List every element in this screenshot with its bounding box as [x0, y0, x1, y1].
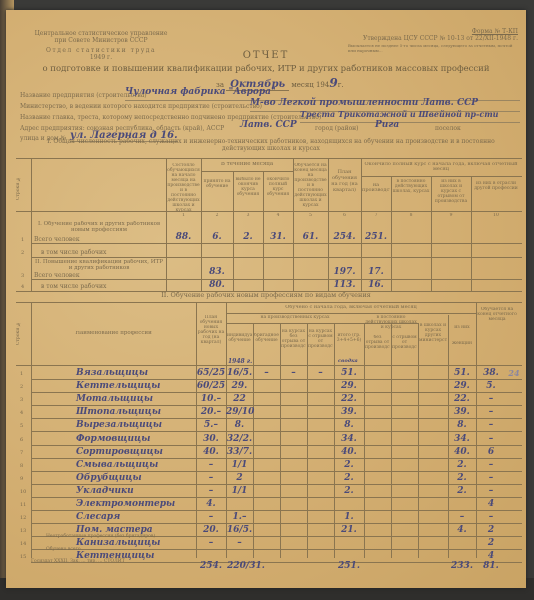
col-num: 9 — [432, 213, 470, 218]
row-label: в том числе рабочих — [41, 283, 106, 290]
row-number: 5 — [20, 423, 23, 429]
profession-name: Сортировщицы — [76, 447, 163, 457]
col-num: 5 — [294, 213, 327, 218]
cell-total: 40. — [334, 447, 364, 457]
row-number: 8 — [20, 463, 23, 469]
row-number: 14 — [20, 541, 26, 547]
col-group-year: Окончило полный курс с начала года, вклю… — [362, 162, 520, 172]
cell-ind: 1/1 — [226, 486, 253, 496]
footer-print: Госиздат XXXII. Зак. ... тир. ... СТОЛИТ — [31, 558, 125, 565]
cell-brig: – — [253, 368, 280, 378]
profession-name: Смывальщицы — [76, 460, 158, 470]
col-num: 8 — [392, 213, 430, 218]
row-label: Всего человек — [34, 272, 80, 279]
total-total: 251. — [334, 561, 364, 571]
field-value: Треста Трикотажной и Швейной пр-сти — [300, 109, 498, 119]
cell-studying: 6 — [476, 447, 506, 457]
col-studying: Обучается на конец отчетного месяца — [477, 307, 517, 322]
row-divider — [31, 484, 522, 485]
col-rownum: Строки № — [16, 173, 31, 203]
cell-total: 2. — [334, 486, 364, 496]
cell-total: 2. — [334, 460, 364, 470]
city-value: Рига — [375, 120, 399, 130]
cell-plan: 60/25 — [196, 381, 226, 391]
col-course-yes: на курсах с отрывом от производства — [308, 329, 333, 349]
total-plan: 254. — [196, 561, 226, 571]
row-number: 2 — [20, 384, 23, 390]
total-women: 233. — [448, 561, 476, 571]
cell-studying: 5. — [476, 381, 506, 391]
cell-plan: 5.– — [196, 420, 226, 430]
profession-name: Обрубщицы — [76, 473, 142, 483]
cell-studying: – — [476, 473, 506, 483]
cell-ind: 8. — [226, 420, 253, 430]
profession-name: Формовщицы — [76, 434, 150, 444]
total-studying: 81. — [476, 561, 506, 571]
col-ind: индивидуальное обучение — [227, 333, 252, 343]
col-7: на производстве — [362, 183, 390, 193]
row-divider — [31, 458, 522, 459]
cell: 2. — [234, 232, 262, 242]
profession-name: Вырезальщицы — [76, 420, 162, 430]
row14-label: Обучено всего — [46, 546, 81, 553]
report-subtitle: о подготовке и повышении квалификации ра… — [6, 64, 526, 74]
row-number: 4 — [21, 284, 24, 290]
col-name: Наименование профессий — [36, 331, 191, 336]
profession-name: Укладчики — [76, 486, 134, 496]
col-subgroup-prod: на производственных курсах — [227, 315, 363, 320]
row-number: 3 — [21, 273, 24, 279]
form-number: Форма № Т-КП — [348, 28, 518, 35]
cell-studying: – — [476, 407, 506, 417]
field-value: М-во Легкой промышленности Латв. ССР — [250, 98, 478, 108]
cell-total: 29. — [334, 381, 364, 391]
cell: 31. — [264, 232, 292, 242]
cell-plan: 10.– — [196, 394, 226, 404]
col-brig: бригадное обучение — [254, 333, 279, 343]
cell-women: 8. — [448, 420, 476, 430]
section1-table: Строки № Состояло обучающихся на начало … — [16, 158, 522, 292]
document-page: Центральное статистическое управление пр… — [6, 10, 526, 588]
row-divider — [31, 510, 522, 511]
col-subgroup-school: в постоянно действующих школах и курсах — [365, 315, 417, 330]
row-divider — [31, 471, 522, 472]
period-suffix: месяц 194 — [291, 81, 329, 89]
cell-women: 51. — [448, 368, 476, 378]
col-sch-yes: с отрывом от производства — [392, 335, 417, 350]
row-divider — [31, 431, 522, 432]
org-line2: при Совете Министров СССР — [26, 37, 176, 44]
cell-studying: 2 — [476, 525, 506, 535]
cell-plan: – — [196, 473, 226, 483]
cell-ind: 1/1 — [226, 460, 253, 470]
cell: 6. — [202, 232, 232, 242]
cell-total: 39. — [334, 407, 364, 417]
row-number: 11 — [20, 502, 26, 508]
profession-name: Кеттельщицы — [76, 381, 160, 391]
row-divider — [31, 445, 522, 446]
section2-table: Строки № Наименование профессий План обу… — [16, 302, 522, 565]
col-plan: План обучения новых рабочих на год (на к… — [197, 315, 225, 345]
cell-women: – — [448, 512, 476, 522]
cell-ind: 29/10 — [226, 407, 253, 417]
row-number: 3 — [20, 397, 23, 403]
profession-name: Вязальщицы — [76, 368, 148, 378]
cell-ind: 1.– — [226, 512, 253, 522]
cell-total: 1. — [334, 512, 364, 522]
annotation-total: сводка — [338, 358, 358, 364]
col-women: женщин — [449, 341, 475, 346]
col-5: Обучается на конец месяца на производств… — [294, 163, 327, 208]
cell-studying: – — [476, 434, 506, 444]
cell-women: 39. — [448, 407, 476, 417]
field-value: Латв. ССР — [240, 120, 297, 130]
row-number: 15 — [20, 554, 26, 560]
cell-total: 8. — [334, 420, 364, 430]
cell: 16. — [362, 280, 390, 290]
col-2: принято на обучение — [202, 179, 232, 189]
cell-ind: 33/7. — [226, 447, 253, 457]
cell: 17. — [362, 267, 390, 277]
cell-ind: 32/2. — [226, 434, 253, 444]
col-num: 1 — [167, 213, 200, 218]
col-of-them: из них — [449, 325, 475, 330]
cell-extra: 24 — [506, 368, 522, 378]
cell-women: 2. — [448, 473, 476, 483]
cell-ind: – — [226, 538, 253, 548]
cell-plan: 65/25 — [196, 368, 226, 378]
cell: 83. — [202, 267, 232, 277]
cell: 113. — [329, 280, 360, 290]
row-number: 13 — [20, 528, 26, 534]
col-10: из них в отрасли другой профессии — [472, 181, 520, 191]
cell-ind: 2 — [226, 473, 253, 483]
cell-c1: – — [280, 368, 307, 378]
cell-plan: 20. — [196, 525, 226, 535]
col-num: 6 — [329, 213, 360, 218]
cell: 88. — [167, 232, 200, 242]
cell-studying: – — [476, 394, 506, 404]
cell-women: 29. — [448, 381, 476, 391]
row-divider — [31, 418, 522, 419]
col-4: окончило полный курс обучения — [264, 177, 292, 197]
cell: 80. — [202, 280, 232, 290]
city-label: город (район) — [315, 125, 359, 132]
col-6: План обучения на год (на квартал) — [329, 169, 360, 193]
cell-studying: 38. — [476, 368, 506, 378]
profession-name: Слесаря — [76, 512, 120, 522]
cell-studying: – — [476, 486, 506, 496]
period-end: г. — [338, 81, 344, 89]
row-divider — [31, 392, 522, 393]
cell-total: 2. — [334, 473, 364, 483]
cell-plan: 4. — [196, 499, 226, 509]
row-divider — [31, 379, 522, 380]
row-label: Всего человек — [34, 236, 80, 243]
cell-plan: 30. — [196, 434, 226, 444]
cell-women: 22. — [448, 394, 476, 404]
profession-name: Электромонтеры — [76, 499, 175, 509]
cell-total: 51. — [334, 368, 364, 378]
cell-women: 4. — [448, 525, 476, 535]
cell: 197. — [329, 267, 360, 277]
cell-plan: – — [196, 460, 226, 470]
cell-ind: 16/5. — [226, 368, 253, 378]
form-approved: Утверждена ЦСУ СССР № 10-13 от 22/XII-19… — [348, 35, 518, 42]
row-divider — [31, 549, 522, 550]
col-1: Состояло обучающихся на начало месяца на… — [167, 163, 200, 213]
cell-ind: 16/5. — [226, 525, 253, 535]
cell: 251. — [362, 232, 390, 242]
field-label: Министерство, в ведении которого находит… — [20, 103, 262, 110]
cell-ind: 22 — [226, 394, 253, 404]
row-number: 10 — [20, 489, 26, 495]
annotation-year: 1948 г. — [228, 358, 252, 365]
section2-title: II. Обучение рабочих новым профессиям по… — [6, 292, 526, 299]
col-num: 4 — [264, 213, 292, 218]
org-line1: Центральное статистическое управление — [26, 30, 176, 37]
cell-total: 22. — [334, 394, 364, 404]
row-number: 4 — [20, 410, 23, 416]
s1-group-1-label: I. Обучение рабочих и других работников … — [34, 221, 164, 233]
row-label: в том числе рабочих — [41, 249, 106, 256]
cell-women: 2. — [448, 486, 476, 496]
cell-c2: – — [307, 368, 334, 378]
field-value: Чулочная фабрика "Аврора" — [125, 87, 276, 97]
report-title: ОТЧЕТ — [6, 50, 526, 61]
col-9: из них в школах и курсах с отрывом от пр… — [432, 179, 470, 204]
enterprise-fields: Название предприятия (строительства) Чул… — [20, 90, 520, 145]
row-number: 7 — [20, 450, 23, 456]
cell-studying: 2 — [476, 538, 506, 548]
field-trust: Название главка, треста, которому непоср… — [300, 112, 520, 123]
col-num: 3 — [234, 213, 262, 218]
cell-plan: 40. — [196, 447, 226, 457]
village-label: поселок — [435, 125, 461, 132]
cell-plan: – — [196, 538, 226, 548]
row-number: 9 — [20, 476, 23, 482]
col-other: в школах и курсах других министерств — [419, 323, 447, 343]
col-num: 7 — [362, 213, 390, 218]
row-divider — [31, 405, 522, 406]
profession-name: Мотальщицы — [76, 394, 153, 404]
cell: 254. — [329, 232, 360, 242]
row-number: 6 — [20, 437, 23, 443]
cell-studying: – — [476, 460, 506, 470]
col-total: итого (гр. 3+4+5+6) — [335, 333, 363, 343]
cell-plan: – — [196, 486, 226, 496]
cell-studying: – — [476, 512, 506, 522]
cell-studying: 4 — [476, 551, 506, 561]
cell-total: 34. — [334, 434, 364, 444]
cell-plan: 20.– — [196, 407, 226, 417]
col-group-month: В течение месяца — [202, 162, 292, 167]
row-number: 12 — [20, 515, 26, 521]
row-number: 2 — [21, 250, 24, 256]
row-number: 1 — [21, 237, 24, 243]
row-divider — [31, 523, 522, 524]
profession-name: Штопальщицы — [76, 407, 161, 417]
col-num: 2 — [202, 213, 232, 218]
cell-plan: – — [196, 512, 226, 522]
row-number: 1 — [20, 371, 23, 377]
period-year-digit: 9 — [329, 76, 337, 90]
cell-total: 21. — [334, 525, 364, 535]
s1-group-2-label: II. Повышение квалификации рабочих, ИТР … — [34, 259, 164, 271]
section1-title: I. Общая численность рабочих, служащих и… — [36, 138, 506, 152]
col-rownum: Строки № — [16, 313, 31, 353]
cell-women: 40. — [448, 447, 476, 457]
col-course-no: на курсах без отрыва от производства — [281, 329, 306, 349]
row-divider — [31, 497, 522, 498]
cell-women: 34. — [448, 434, 476, 444]
cell-studying: 4 — [476, 499, 506, 509]
cell-studying: – — [476, 420, 506, 430]
row13-label: Неотработанные профессии (без бригадиров… — [46, 533, 155, 540]
cell: 61. — [294, 232, 327, 242]
col-num: 10 — [472, 213, 520, 218]
total-ind: 220/31. — [226, 561, 266, 571]
cell-women: 2. — [448, 460, 476, 470]
col-group: Обучено с начала года, включая отчетный … — [227, 305, 475, 310]
cell-ind: 29. — [226, 381, 253, 391]
col-sch-no: без отрыва от производства — [365, 335, 390, 350]
col-8: в постоянно действующих школах, курсах — [392, 179, 430, 194]
col-3: выбыло не окончив курса обучения — [234, 177, 262, 197]
